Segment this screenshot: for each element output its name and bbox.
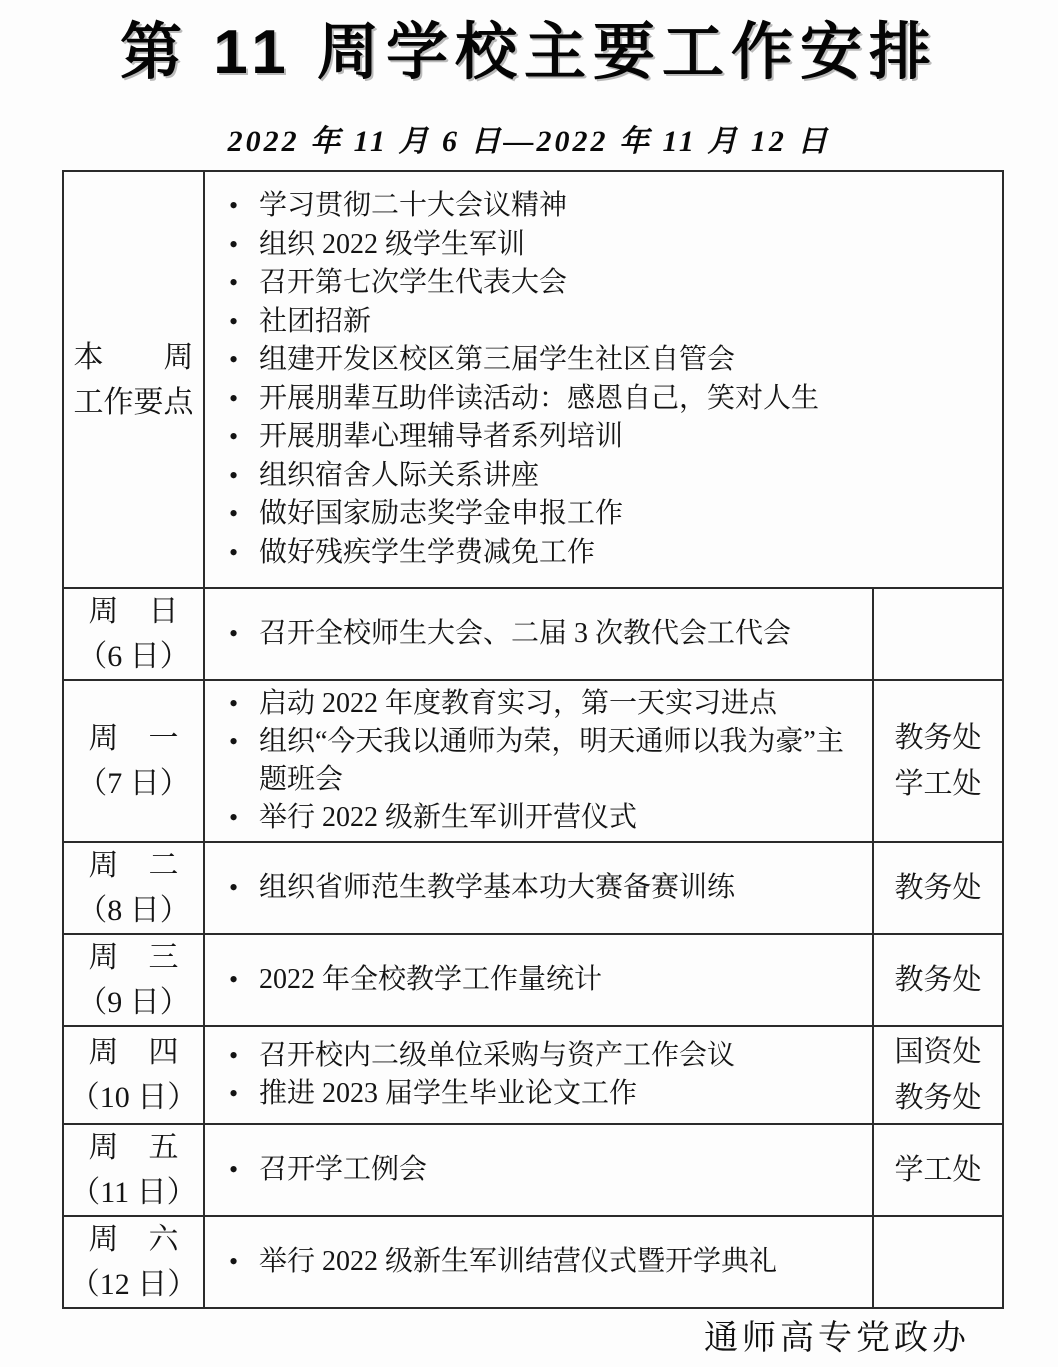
day-label-day_line2: （8 日） <box>64 888 203 933</box>
bullet-icon: • <box>229 1037 259 1075</box>
task-item: •学习贯彻二十大会议精神 <box>229 187 994 226</box>
task-cell: •组织省师范生教学基本功大赛备赛训练 <box>204 842 873 934</box>
task-text: 启动 2022 年度教育实习，第一天实习进点 <box>259 685 864 723</box>
task-text: 召开第七次学生代表大会 <box>259 264 994 303</box>
day-label: 周 五（11 日） <box>63 1124 204 1216</box>
task-cell: •举行 2022 级新生军训结营仪式暨开学典礼 <box>204 1216 873 1308</box>
highlights-label-line2: 工作要点 <box>64 380 203 425</box>
task-cell: •召开全校师生大会、二届 3 次教代会工代会 <box>204 588 873 680</box>
bullet-icon: • <box>229 303 259 341</box>
task-text: 推进 2023 届学生毕业论文工作 <box>259 1075 864 1113</box>
task-item: •召开第七次学生代表大会 <box>229 264 994 303</box>
task-text: 学习贯彻二十大会议精神 <box>259 187 994 226</box>
highlights-row: 本 周 工作要点 •学习贯彻二十大会议精神•组织 2022 级学生军训•召开第七… <box>63 171 1003 588</box>
day-label: 周 一（7 日） <box>63 680 204 842</box>
department-name: 教务处 <box>874 1075 1002 1121</box>
task-item: •2022 年全校教学工作量统计 <box>229 961 864 999</box>
table-row: 周 四（10 日）•召开校内二级单位采购与资产工作会议•推进 2023 届学生毕… <box>63 1026 1003 1124</box>
bullet-icon: • <box>229 495 259 533</box>
task-text: 召开校内二级单位采购与资产工作会议 <box>259 1037 864 1075</box>
department-cell <box>873 588 1003 680</box>
task-text: 社团招新 <box>259 303 994 342</box>
task-item: •做好残疾学生学费减免工作 <box>229 534 994 573</box>
day-label-day_line2: （10 日） <box>64 1075 203 1120</box>
day-label-day_line2: （7 日） <box>64 761 203 806</box>
task-text: 召开学工例会 <box>259 1151 864 1189</box>
bullet-icon: • <box>229 341 259 379</box>
bullet-icon: • <box>229 226 259 264</box>
bullet-icon: • <box>229 1075 259 1113</box>
task-item: •开展朋辈心理辅导者系列培训 <box>229 418 994 457</box>
day-label-day_line1: 周 五 <box>64 1125 203 1170</box>
task-text: 召开全校师生大会、二届 3 次教代会工代会 <box>259 615 864 653</box>
department-name: 教务处 <box>874 865 1002 911</box>
schedule-table: 本 周 工作要点 •学习贯彻二十大会议精神•组织 2022 级学生军训•召开第七… <box>62 170 1004 1309</box>
day-label-day_line1: 周 日 <box>64 589 203 634</box>
bullet-icon: • <box>229 615 259 653</box>
table-row: 周 六（12 日）•举行 2022 级新生军训结营仪式暨开学典礼 <box>63 1216 1003 1308</box>
highlights-items-cell: •学习贯彻二十大会议精神•组织 2022 级学生军训•召开第七次学生代表大会•社… <box>204 171 1003 588</box>
day-label: 周 日（6 日） <box>63 588 204 680</box>
task-text: 组建开发区校区第三届学生社区自管会 <box>259 341 994 380</box>
document-page: 第 11 周学校主要工作安排 2022 年 11 月 6 日—2022 年 11… <box>0 0 1058 1367</box>
day-label-day_line1: 周 六 <box>64 1217 203 1262</box>
department-name: 教务处 <box>874 715 1002 761</box>
task-item: •组织“今天我以通师为荣，明天通师以我为豪”主题班会 <box>229 723 864 799</box>
day-label: 周 四（10 日） <box>63 1026 204 1124</box>
day-label-day_line1: 周 二 <box>64 843 203 888</box>
task-text: 举行 2022 级新生军训结营仪式暨开学典礼 <box>259 1243 864 1281</box>
day-label-day_line2: （12 日） <box>64 1262 203 1307</box>
bullet-icon: • <box>229 534 259 572</box>
day-label-day_line1: 周 一 <box>64 716 203 761</box>
task-item: •开展朋辈互助伴读活动：感恩自己，笑对人生 <box>229 380 994 419</box>
schedule-body: 本 周 工作要点 •学习贯彻二十大会议精神•组织 2022 级学生军训•召开第七… <box>63 171 1003 1308</box>
task-text: 开展朋辈心理辅导者系列培训 <box>259 418 994 457</box>
date-range: 2022 年 11 月 6 日—2022 年 11 月 12 日 <box>0 116 1058 160</box>
task-text: 举行 2022 级新生军训开营仪式 <box>259 799 864 837</box>
task-item: •举行 2022 级新生军训开营仪式 <box>229 799 864 837</box>
day-label: 周 六（12 日） <box>63 1216 204 1308</box>
task-text: 开展朋辈互助伴读活动：感恩自己，笑对人生 <box>259 380 994 419</box>
task-text: 组织 2022 级学生军训 <box>259 226 994 265</box>
bullet-icon: • <box>229 685 259 723</box>
day-label: 周 二（8 日） <box>63 842 204 934</box>
table-row: 周 一（7 日）•启动 2022 年度教育实习，第一天实习进点•组织“今天我以通… <box>63 680 1003 842</box>
task-cell: •召开学工例会 <box>204 1124 873 1216</box>
table-row: 周 日（6 日）•召开全校师生大会、二届 3 次教代会工代会 <box>63 588 1003 680</box>
department-cell: 学工处 <box>873 1124 1003 1216</box>
task-item: •召开全校师生大会、二届 3 次教代会工代会 <box>229 615 864 653</box>
highlights-label-line1: 本 周 <box>64 335 203 380</box>
bullet-icon: • <box>229 1151 259 1189</box>
department-name: 教务处 <box>874 957 1002 1003</box>
day-label: 周 三（9 日） <box>63 934 204 1026</box>
department-cell: 教务处 <box>873 842 1003 934</box>
task-item: •组建开发区校区第三届学生社区自管会 <box>229 341 994 380</box>
task-text: 做好国家励志奖学金申报工作 <box>259 495 994 534</box>
department-name: 学工处 <box>874 1147 1002 1193</box>
bullet-icon: • <box>229 418 259 456</box>
task-cell: •召开校内二级单位采购与资产工作会议•推进 2023 届学生毕业论文工作 <box>204 1026 873 1124</box>
bullet-icon: • <box>229 1243 259 1281</box>
table-row: 周 二（8 日）•组织省师范生教学基本功大赛备赛训练教务处 <box>63 842 1003 934</box>
day-label-day_line2: （11 日） <box>64 1170 203 1215</box>
table-row: 周 五（11 日）•召开学工例会学工处 <box>63 1124 1003 1216</box>
task-text: 组织省师范生教学基本功大赛备赛训练 <box>259 869 864 907</box>
task-item: •社团招新 <box>229 303 994 342</box>
department-cell <box>873 1216 1003 1308</box>
task-item: •组织省师范生教学基本功大赛备赛训练 <box>229 869 864 907</box>
bullet-icon: • <box>229 380 259 418</box>
task-item: •做好国家励志奖学金申报工作 <box>229 495 994 534</box>
bullet-icon: • <box>229 264 259 302</box>
task-item: •召开校内二级单位采购与资产工作会议 <box>229 1037 864 1075</box>
footer-signature: 通师高专党政办 <box>704 1310 970 1359</box>
day-label-day_line2: （9 日） <box>64 980 203 1025</box>
task-item: •举行 2022 级新生军训结营仪式暨开学典礼 <box>229 1243 864 1281</box>
bullet-icon: • <box>229 869 259 907</box>
task-item: •启动 2022 年度教育实习，第一天实习进点 <box>229 685 864 723</box>
bullet-icon: • <box>229 187 259 225</box>
department-cell: 教务处 <box>873 934 1003 1026</box>
department-name: 学工处 <box>874 761 1002 807</box>
department-name: 国资处 <box>874 1029 1002 1075</box>
bullet-icon: • <box>229 799 259 837</box>
day-label-day_line1: 周 三 <box>64 935 203 980</box>
task-item: •组织 2022 级学生军训 <box>229 226 994 265</box>
table-row: 周 三（9 日）•2022 年全校教学工作量统计教务处 <box>63 934 1003 1026</box>
task-item: •组织宿舍人际关系讲座 <box>229 457 994 496</box>
task-text: 组织宿舍人际关系讲座 <box>259 457 994 496</box>
task-text: 2022 年全校教学工作量统计 <box>259 961 864 999</box>
task-text: 做好残疾学生学费减免工作 <box>259 534 994 573</box>
department-cell: 教务处学工处 <box>873 680 1003 842</box>
department-cell: 国资处教务处 <box>873 1026 1003 1124</box>
task-item: •召开学工例会 <box>229 1151 864 1189</box>
task-cell: •启动 2022 年度教育实习，第一天实习进点•组织“今天我以通师为荣，明天通师… <box>204 680 873 842</box>
page-title: 第 11 周学校主要工作安排 <box>0 2 1058 91</box>
task-item: •推进 2023 届学生毕业论文工作 <box>229 1075 864 1113</box>
bullet-icon: • <box>229 723 259 761</box>
highlights-label: 本 周 工作要点 <box>63 171 204 588</box>
bullet-icon: • <box>229 961 259 999</box>
task-cell: •2022 年全校教学工作量统计 <box>204 934 873 1026</box>
day-label-day_line2: （6 日） <box>64 634 203 679</box>
day-label-day_line1: 周 四 <box>64 1030 203 1075</box>
bullet-icon: • <box>229 457 259 495</box>
task-text: 组织“今天我以通师为荣，明天通师以我为豪”主题班会 <box>259 723 864 799</box>
